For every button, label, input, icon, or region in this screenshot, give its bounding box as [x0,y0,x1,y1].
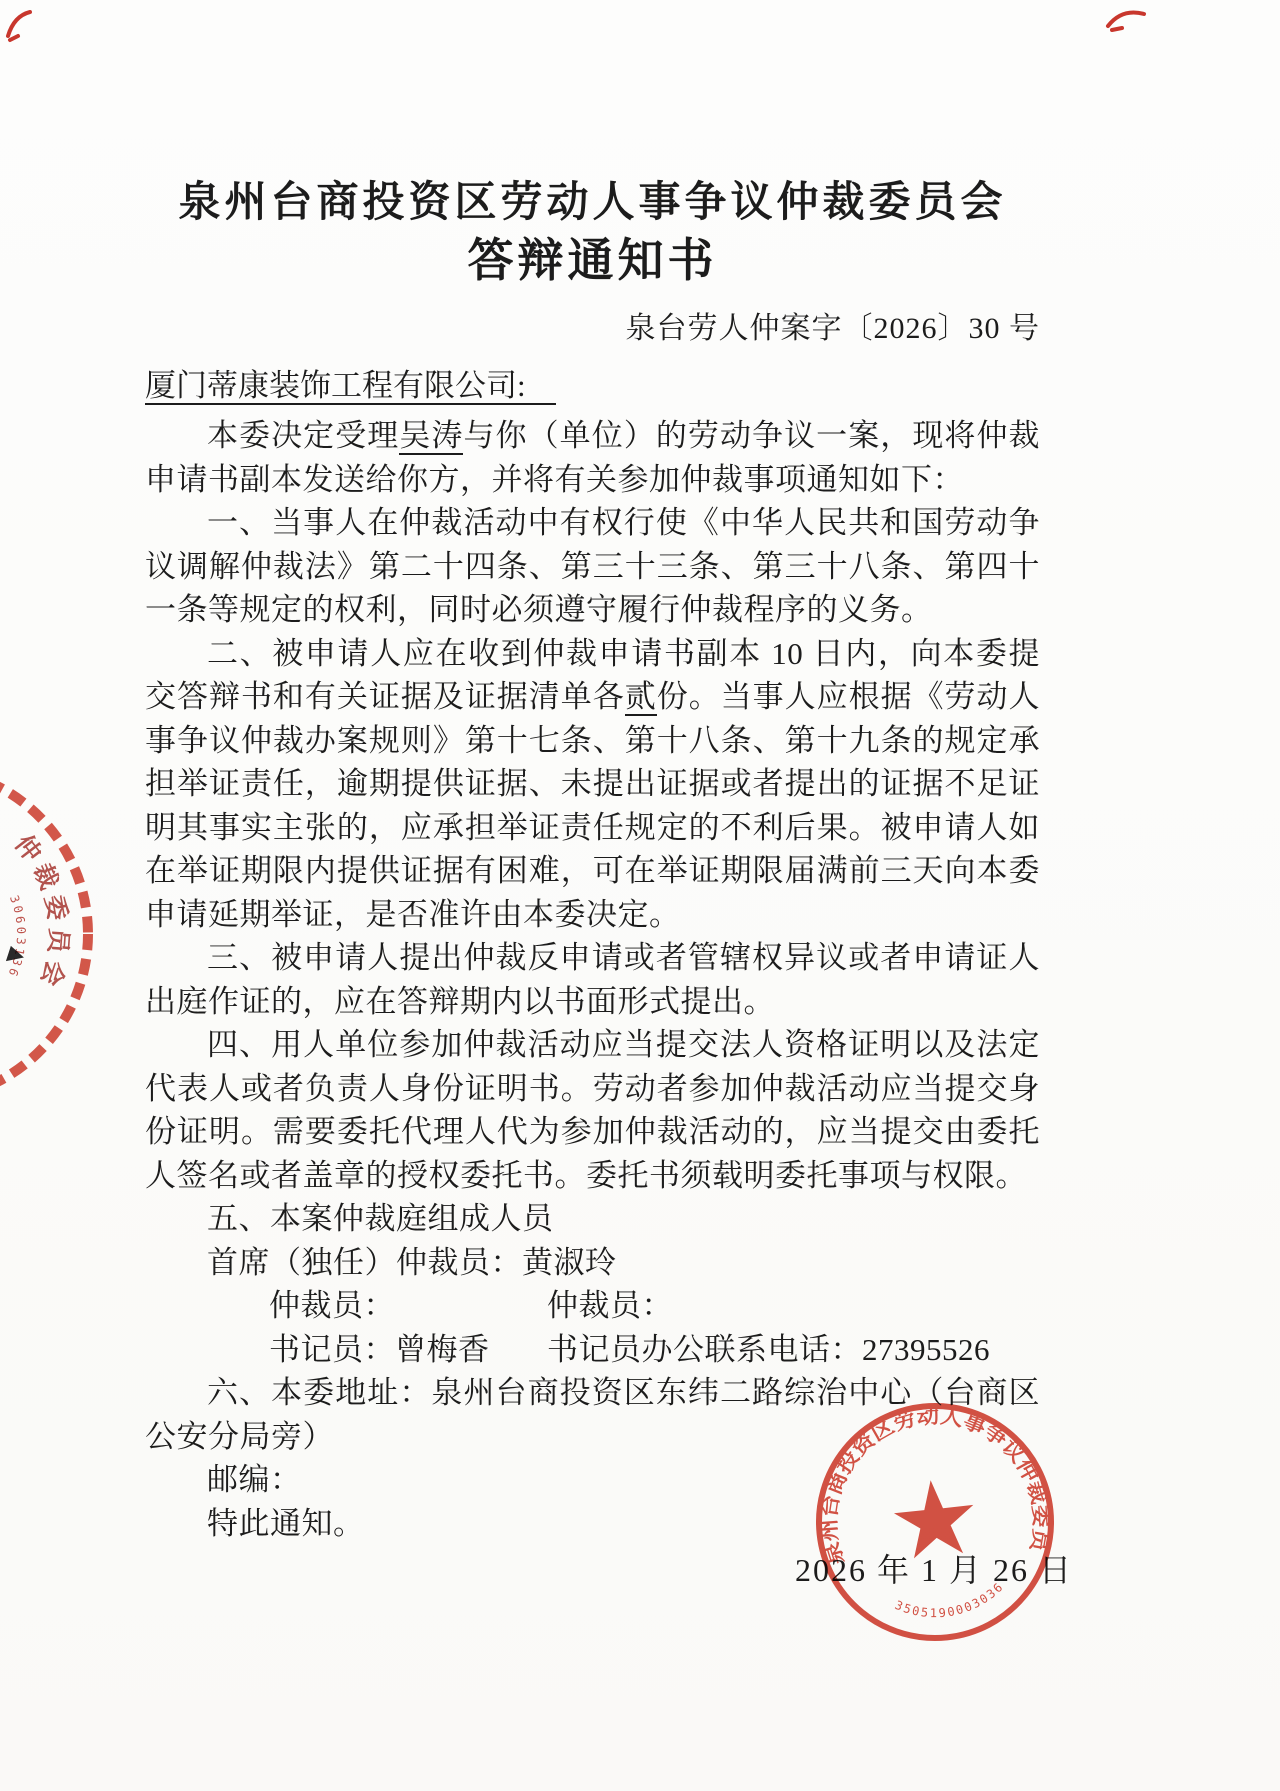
svg-text:3505190003036: 3505190003036 [891,1578,1009,1625]
recipient-name: 厦门蒂康装饰工程有限公司: [145,368,556,405]
para-acceptance-pre: 本委决定受理 [207,418,399,453]
document-page: 仲裁委员会 30603136 泉州台商投资区劳动人事争议仲裁委员会 答辩通知书 … [0,0,1280,1791]
para-acceptance: 本委决定受理吴涛与你（单位）的劳动争议一案，现将仲裁申请书副本发送给你方，并将有… [145,414,1040,501]
para-item-5-tribunal: 五、本案仲裁庭组成人员 [145,1197,1040,1241]
panel-arbitrators-line: 仲裁员：仲裁员： [145,1284,1040,1328]
arbitrator-label-2: 仲裁员： [547,1288,673,1323]
recipient-line: 厦门蒂康装饰工程有限公司: [145,364,1040,408]
arbitrator-label-1: 仲裁员： [207,1284,547,1328]
svg-text:泉州台商投资区劳动人事争议仲裁委员会: 泉州台商投资区劳动人事争议仲裁委员会 [792,1379,1057,1581]
para-item-1-rights: 一、当事人在仲裁活动中有权行使《中华人民共和国劳动争议调解仲裁法》第二十四条、第… [145,501,1040,632]
panel-clerk-line: 书记员：曾梅香书记员办公联系电话：27395526 [145,1328,1040,1372]
clerk-name: 曾梅香 [395,1332,490,1367]
star-icon [891,1476,978,1560]
left-stamp-serial: 30603136 [4,893,28,981]
org-title: 泉州台商投资区劳动人事争议仲裁委员会 [145,178,1040,228]
seal-text: 泉州台商投资区劳动人事争议仲裁委员会 [792,1379,1057,1581]
left-stamp: 仲裁委员会 30603136 [0,762,150,1102]
scan-artifact-top-left [4,6,44,46]
case-number: 泉台劳人仲案字〔2026〕30 号 [145,310,1040,348]
clerk-label: 书记员： [269,1332,395,1367]
clerk-phone-number: 27395526 [862,1332,990,1367]
committee-seal: 泉州台商投资区劳动人事争议仲裁委员会 3505190003036 [792,1379,1078,1665]
panel-chief-line: 首席（独任）仲裁员：黄淑玲 [145,1241,1040,1285]
notice-document: 泉州台商投资区劳动人事争议仲裁委员会 答辩通知书 泉台劳人仲案字〔2026〕30… [145,178,1040,1545]
body-text: 本委决定受理吴涛与你（单位）的劳动争议一案，现将仲裁申请书副本发送给你方，并将有… [145,414,1040,1545]
para-item-3-counterclaim: 三、被申请人提出仲裁反申请或者管辖权异议或者申请证人出庭作证的，应在答辩期内以书… [145,936,1040,1023]
seal-serial: 3505190003036 [891,1578,1009,1625]
doc-title: 答辩通知书 [145,232,1040,290]
svg-text:30603136: 30603136 [4,893,28,981]
clerk-phone-label: 书记员办公联系电话： [547,1332,862,1367]
scan-artifact-top-right [1104,4,1148,34]
para-item-2-evidence: 二、被申请人应在收到仲裁申请书副本 10 日内，向本委提交答辩书和有关证据及证据… [145,632,1040,937]
copies-count: 贰 [625,679,657,716]
para-item-2-post: 份。当事人应根据《劳动人事争议仲裁办案规则》第十七条、第十八条、第十九条的规定承… [145,679,1040,932]
chief-arbitrator-label: 首席（独任）仲裁员： [207,1245,522,1280]
clerk-cell: 书记员：曾梅香 [207,1328,547,1372]
chief-arbitrator-name: 黄淑玲 [522,1245,617,1280]
applicant-name: 吴涛 [399,418,463,455]
para-item-4-credentials: 四、用人单位参加仲裁活动应当提交法人资格证明以及法定代表人或者负责人身份证明书。… [145,1023,1040,1197]
